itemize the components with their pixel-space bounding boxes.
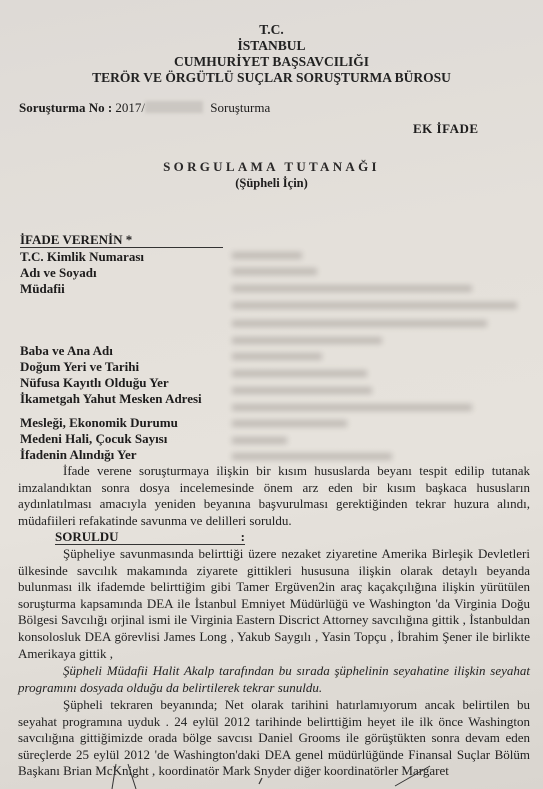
document-title: SORGULAMA TUTANAĞI [0,159,543,175]
signature-strokes [0,760,543,789]
field-label: Medeni Hali, Çocuk Sayısı [20,431,178,447]
field-label: Doğum Yeri ve Tarihi [20,359,202,375]
header-city: İSTANBUL [0,38,543,54]
case-number: Soruşturma No : 2017/ Soruşturma [19,100,270,116]
redacted-case-number [145,101,203,113]
field-group-identity: T.C. Kimlik Numarası Adı ve Soyadı Müdaf… [20,249,144,297]
field-label: İfadenin Alındığı Yer [20,447,178,463]
document-header: T.C. İSTANBUL CUMHURİYET BAŞSAVCILIĞI TE… [0,22,543,86]
case-type: Soruşturma [210,100,270,115]
deponent-heading: İFADE VERENİN * [20,233,223,248]
field-label: Adı ve Soyadı [20,265,144,281]
question-colon: : [241,530,245,544]
header-office: CUMHURİYET BAŞSAVCILIĞI [0,54,543,70]
field-label: T.C. Kimlik Numarası [20,249,144,265]
case-number-year: 2017/ [115,100,145,115]
header-tc: T.C. [0,22,543,38]
field-label: İkametgah Yahut Mesken Adresi [20,391,202,407]
field-label: Baba ve Ana Adı [20,343,202,359]
question-heading: SORULDU : [55,530,245,545]
supplementary-statement-label: EK İFADE [413,121,479,137]
question-label: SORULDU [55,529,119,544]
field-label: Müdafii [20,281,144,297]
field-label: Mesleği, Ekonomik Durumu [20,415,178,431]
header-bureau: TERÖR VE ÖRGÜTLÜ SUÇLAR SORUŞTURMA BÜROS… [0,70,543,86]
field-group-origin: Baba ve Ana Adı Doğum Yeri ve Tarihi Nüf… [20,343,202,407]
intro-paragraph: İfade verene soruşturmaya ilişkin bir kı… [18,463,530,529]
case-number-label: Soruşturma No : [19,100,112,115]
field-label: Nüfusa Kayıtlı Olduğu Yer [20,375,202,391]
question-paragraph: Şüpheliye savunmasında belirttiği üzere … [18,546,530,662]
document-page: T.C. İSTANBUL CUMHURİYET BAŞSAVCILIĞI TE… [0,0,543,789]
redacted-field-values [232,240,532,455]
defense-note-paragraph: Şüpheli Müdafii Halit Akalp tarafından b… [18,663,530,696]
field-group-status: Mesleği, Ekonomik Durumu Medeni Hali, Ço… [20,415,178,463]
document-subtitle: (Şüpheli İçin) [0,176,543,191]
